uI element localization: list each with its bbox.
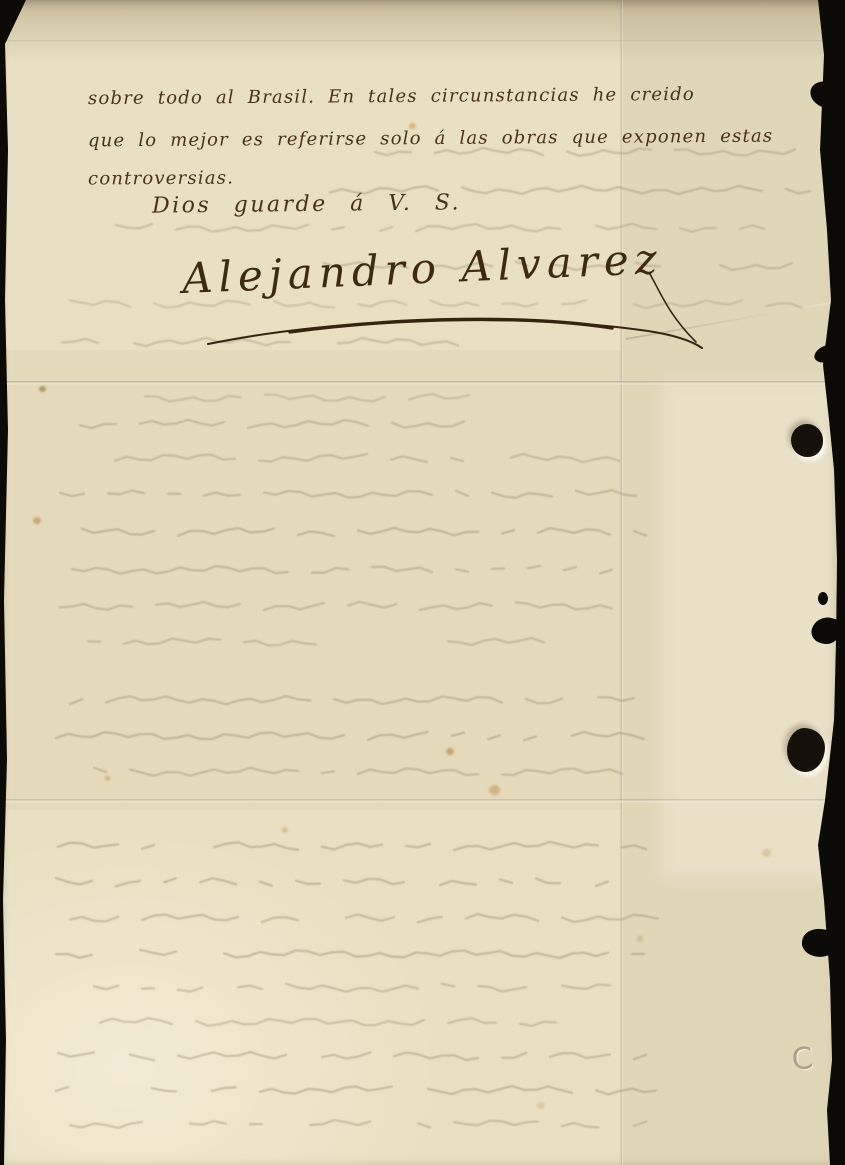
signature-flourish xyxy=(0,0,845,1165)
foxing-stain xyxy=(762,849,771,857)
pencil-c-mark: C xyxy=(790,1041,814,1078)
paper-sheet: sobre todo al Brasil. En tales circunsta… xyxy=(0,0,845,1165)
foxing-stain xyxy=(39,386,46,392)
punch-hole-top xyxy=(791,424,823,457)
edge-tear xyxy=(818,592,828,605)
scanned-letter-page: sobre todo al Brasil. En tales circunsta… xyxy=(0,0,845,1165)
foxing-stain xyxy=(105,776,110,781)
foxing-stain xyxy=(489,785,500,795)
foxing-stain xyxy=(637,936,643,942)
foxing-stain xyxy=(282,827,288,833)
foxing-stain xyxy=(33,517,41,524)
foxing-stain xyxy=(537,1102,545,1109)
foxing-stain xyxy=(446,748,454,755)
foxing-stain xyxy=(409,123,416,129)
